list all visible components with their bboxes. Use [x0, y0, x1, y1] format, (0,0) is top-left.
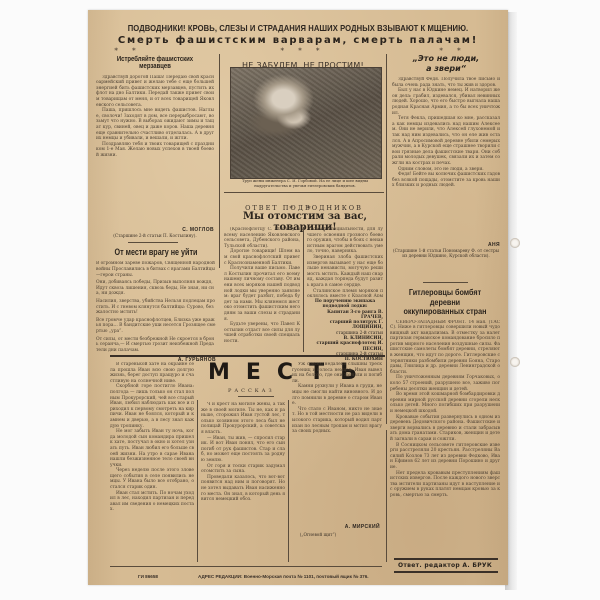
punch-hole	[510, 238, 520, 248]
article-title: „Это не люди, а звери“	[392, 54, 500, 74]
addressee-note: (Старшине 1-й статьи Пономареву Ф. от се…	[392, 248, 500, 258]
poem-body: В огромном зареве пожаров, Священной нар…	[96, 261, 216, 356]
column-divider	[219, 54, 220, 268]
article-title: От мести врагу не уйти	[108, 248, 204, 257]
stanza: Все громче удар краснофлотцев, Близка уж…	[96, 318, 216, 335]
stanza: В огромном зареве пожаров, Священной нар…	[96, 261, 216, 278]
editor-rule	[394, 558, 498, 560]
article-body: Здравствуй дорогой Паша! Передаю свой кр…	[96, 75, 214, 225]
signatory: Капитан 3-го ранга В. ГРАЧЕВ,	[307, 310, 383, 321]
paragraph: Иван стал мстить. По ночам уходил в лес,…	[110, 491, 194, 513]
paragraph: Скорбной горе постигло Ивана: полгода — …	[110, 384, 194, 429]
article-revenge-poem: От мести врагу не уйти В огромном зареве…	[96, 248, 216, 363]
paragraph: Здравствуй Федя. Получила твое письмо и …	[392, 77, 500, 88]
paragraph: Дорогие товарищи! Шлем вам свой краснофл…	[224, 249, 300, 266]
paragraph: Во время этой кошмарной бомбардировки де…	[390, 392, 500, 414]
masthead-slogan: ПОДВОДНИКИ! КРОВЬ, СЛЕЗЫ И СТРАДАНИЯ НАШ…	[103, 24, 494, 33]
story-col1: В старенькой хате на окраине села прошла…	[110, 362, 194, 562]
editor-credit: Ответ. редактор А. БРУК	[398, 562, 492, 569]
paragraph: Через неделю после этого зловещего событ…	[110, 468, 194, 490]
paragraph: Звериная злоба фашистских извергов вызыв…	[307, 255, 383, 289]
column-divider	[288, 400, 289, 562]
editor-rule	[394, 571, 498, 573]
story-col2: Ч и крест на могиле жены, а также в свое…	[201, 402, 285, 562]
addressee-note: (Старшине 2-й статьи П. Костылину).	[96, 233, 214, 238]
paragraph: Паша, пришлось мне видеть фашистов. Нагл…	[96, 108, 214, 142]
photo-victim	[230, 67, 382, 179]
editorial-address: АДРЕС РЕДАКЦИИ: Военно-Морская почта № 1…	[198, 574, 369, 579]
story-top-rule	[110, 355, 385, 357]
paragraph: Кровавые события развернулись в одном из…	[390, 415, 500, 443]
paragraph: Тетя Феклa, пришедшая ко мне, рассказала…	[392, 116, 500, 166]
paragraph: Что стало с Иваном, никто не знает. Но в…	[292, 407, 382, 435]
paragraph: Не мог забыть Иван ту ночь, когда молодо…	[110, 429, 194, 468]
stanza: От силы, от мести безбрежной Не скроется…	[96, 337, 216, 354]
story-source: („Огневой щит“)	[288, 532, 348, 537]
paragraph: Поздравляю тебя и твоих товарищей с праз…	[96, 142, 214, 159]
paragraph: В Сосницком сельсовете гитлеровские изве…	[390, 443, 500, 471]
column-divider	[386, 430, 387, 562]
paragraph: — Иван, ты жив, — спросил старик. И вот …	[201, 436, 285, 464]
punch-hole	[510, 357, 520, 367]
article-body: Здравствуй Федя. Получила твое письмо и …	[392, 77, 500, 242]
article-title: Гитлеровцы бомбят деревни оккупированных…	[398, 288, 492, 317]
paragraph: своей специальности, для лучшего освоени…	[307, 227, 383, 255]
story-col3: Уж совсем недалеко слышны треск гусениц …	[292, 362, 382, 522]
story-signature: А. МИРСКИЙ	[292, 524, 380, 530]
paragraph: (Краснофлотцу С. Маслову и всему населен…	[224, 227, 300, 249]
footer-rule	[110, 566, 382, 567]
signatory: старший краснофлотец И. ПЕСИН,	[307, 341, 383, 352]
separator	[423, 282, 468, 283]
paragraph: Получили ваше письмо. Павел Костылин про…	[224, 266, 300, 322]
paragraph: Был у нас в Юдкине немец. И натворил же …	[392, 88, 500, 116]
ornament-stars: * *	[108, 47, 148, 55]
photo-caption: Труп жены инженера С. И. Горбовой. На ее…	[230, 179, 380, 188]
paragraph: Сталинское племя моряков поклялось вмест…	[307, 289, 383, 297]
paragraph: Федя! Бейте вы колючих фашистских гадов …	[392, 172, 500, 189]
paragraph: Ч и крест на могиле жены, а также в свое…	[201, 402, 285, 436]
column-divider	[197, 400, 198, 562]
stanza: Насилия, зверства, убийства Нельзя подле…	[96, 299, 216, 316]
censor-code: ГИ 86658	[138, 574, 158, 579]
article-body: СЕВЕРО-ЗАПАДНЫЙ ФРОНТ. 14 мая. (ТАСС). Н…	[390, 320, 500, 552]
paragraph: Проведали казалось, что вот-вот появится…	[201, 475, 285, 503]
article-title: Истребляйте фашистских мерзавцев	[105, 56, 205, 71]
paragraph: Нет предела кровавым преступлениям фашис…	[390, 471, 500, 499]
signatory: старший политрук Г. ЛОЩИНИН,	[307, 320, 383, 331]
signoff: По поручению экипажа подводной лодки:	[307, 299, 383, 310]
article-bombing: Гитлеровцы бомбят деревни оккупированных…	[390, 288, 500, 552]
paragraph: В старенькой хате на окраине села прошла…	[110, 362, 194, 384]
paragraph: Уж совсем недалеко слышны треск гусениц …	[292, 362, 382, 384]
story-kicker: РАССКАЗ	[228, 388, 275, 394]
newspaper-page: ПОДВОДНИКИ! КРОВЬ, СЛЕЗЫ И СТРАДАНИЯ НАШ…	[88, 10, 508, 585]
masthead-subslogan: Смерть фашистским варварам, смерть палач…	[88, 35, 508, 46]
paragraph: От горя и тоски старик задумал отомстить…	[201, 464, 285, 475]
paragraph: Камни рухнули у Ивана в груди, немцы не …	[292, 384, 382, 406]
title-line: „Это не люди,	[392, 54, 500, 64]
column-divider	[303, 227, 304, 352]
column-divider	[386, 54, 387, 424]
reply-signatories: По поручению экипажа подводной лодки: Ка…	[307, 299, 383, 363]
separator	[128, 242, 178, 243]
reply-col2: своей специальности, для лучшего освоени…	[307, 227, 383, 297]
paragraph: Здравствуй дорогой Паша! Передаю свой кр…	[96, 75, 214, 109]
article-beasts: „Это не люди, а звери“ Здравствуй Федя. …	[392, 54, 500, 258]
separator	[224, 192, 384, 193]
title-line: оккупированных стран	[398, 307, 492, 317]
article-exterminate: Истребляйте фашистских мерзавцев Здравст…	[96, 56, 214, 238]
paragraph: Будьте уверены, что Павел Костылин отдас…	[224, 322, 300, 344]
title-line: а звери“	[392, 64, 500, 74]
reply-col1: (Краснофлотцу С. Маслову и всему населен…	[224, 227, 300, 352]
paragraph: СЕВЕРО-ЗАПАДНЫЙ ФРОНТ. 14 мая. (ТАСС). Н…	[390, 320, 500, 376]
paragraph: По уничтоженным деревням Горчаковых, око…	[390, 375, 500, 392]
stanza: Они, добиваясь победы, Призыв выполняя в…	[96, 280, 216, 297]
separator	[238, 396, 274, 397]
